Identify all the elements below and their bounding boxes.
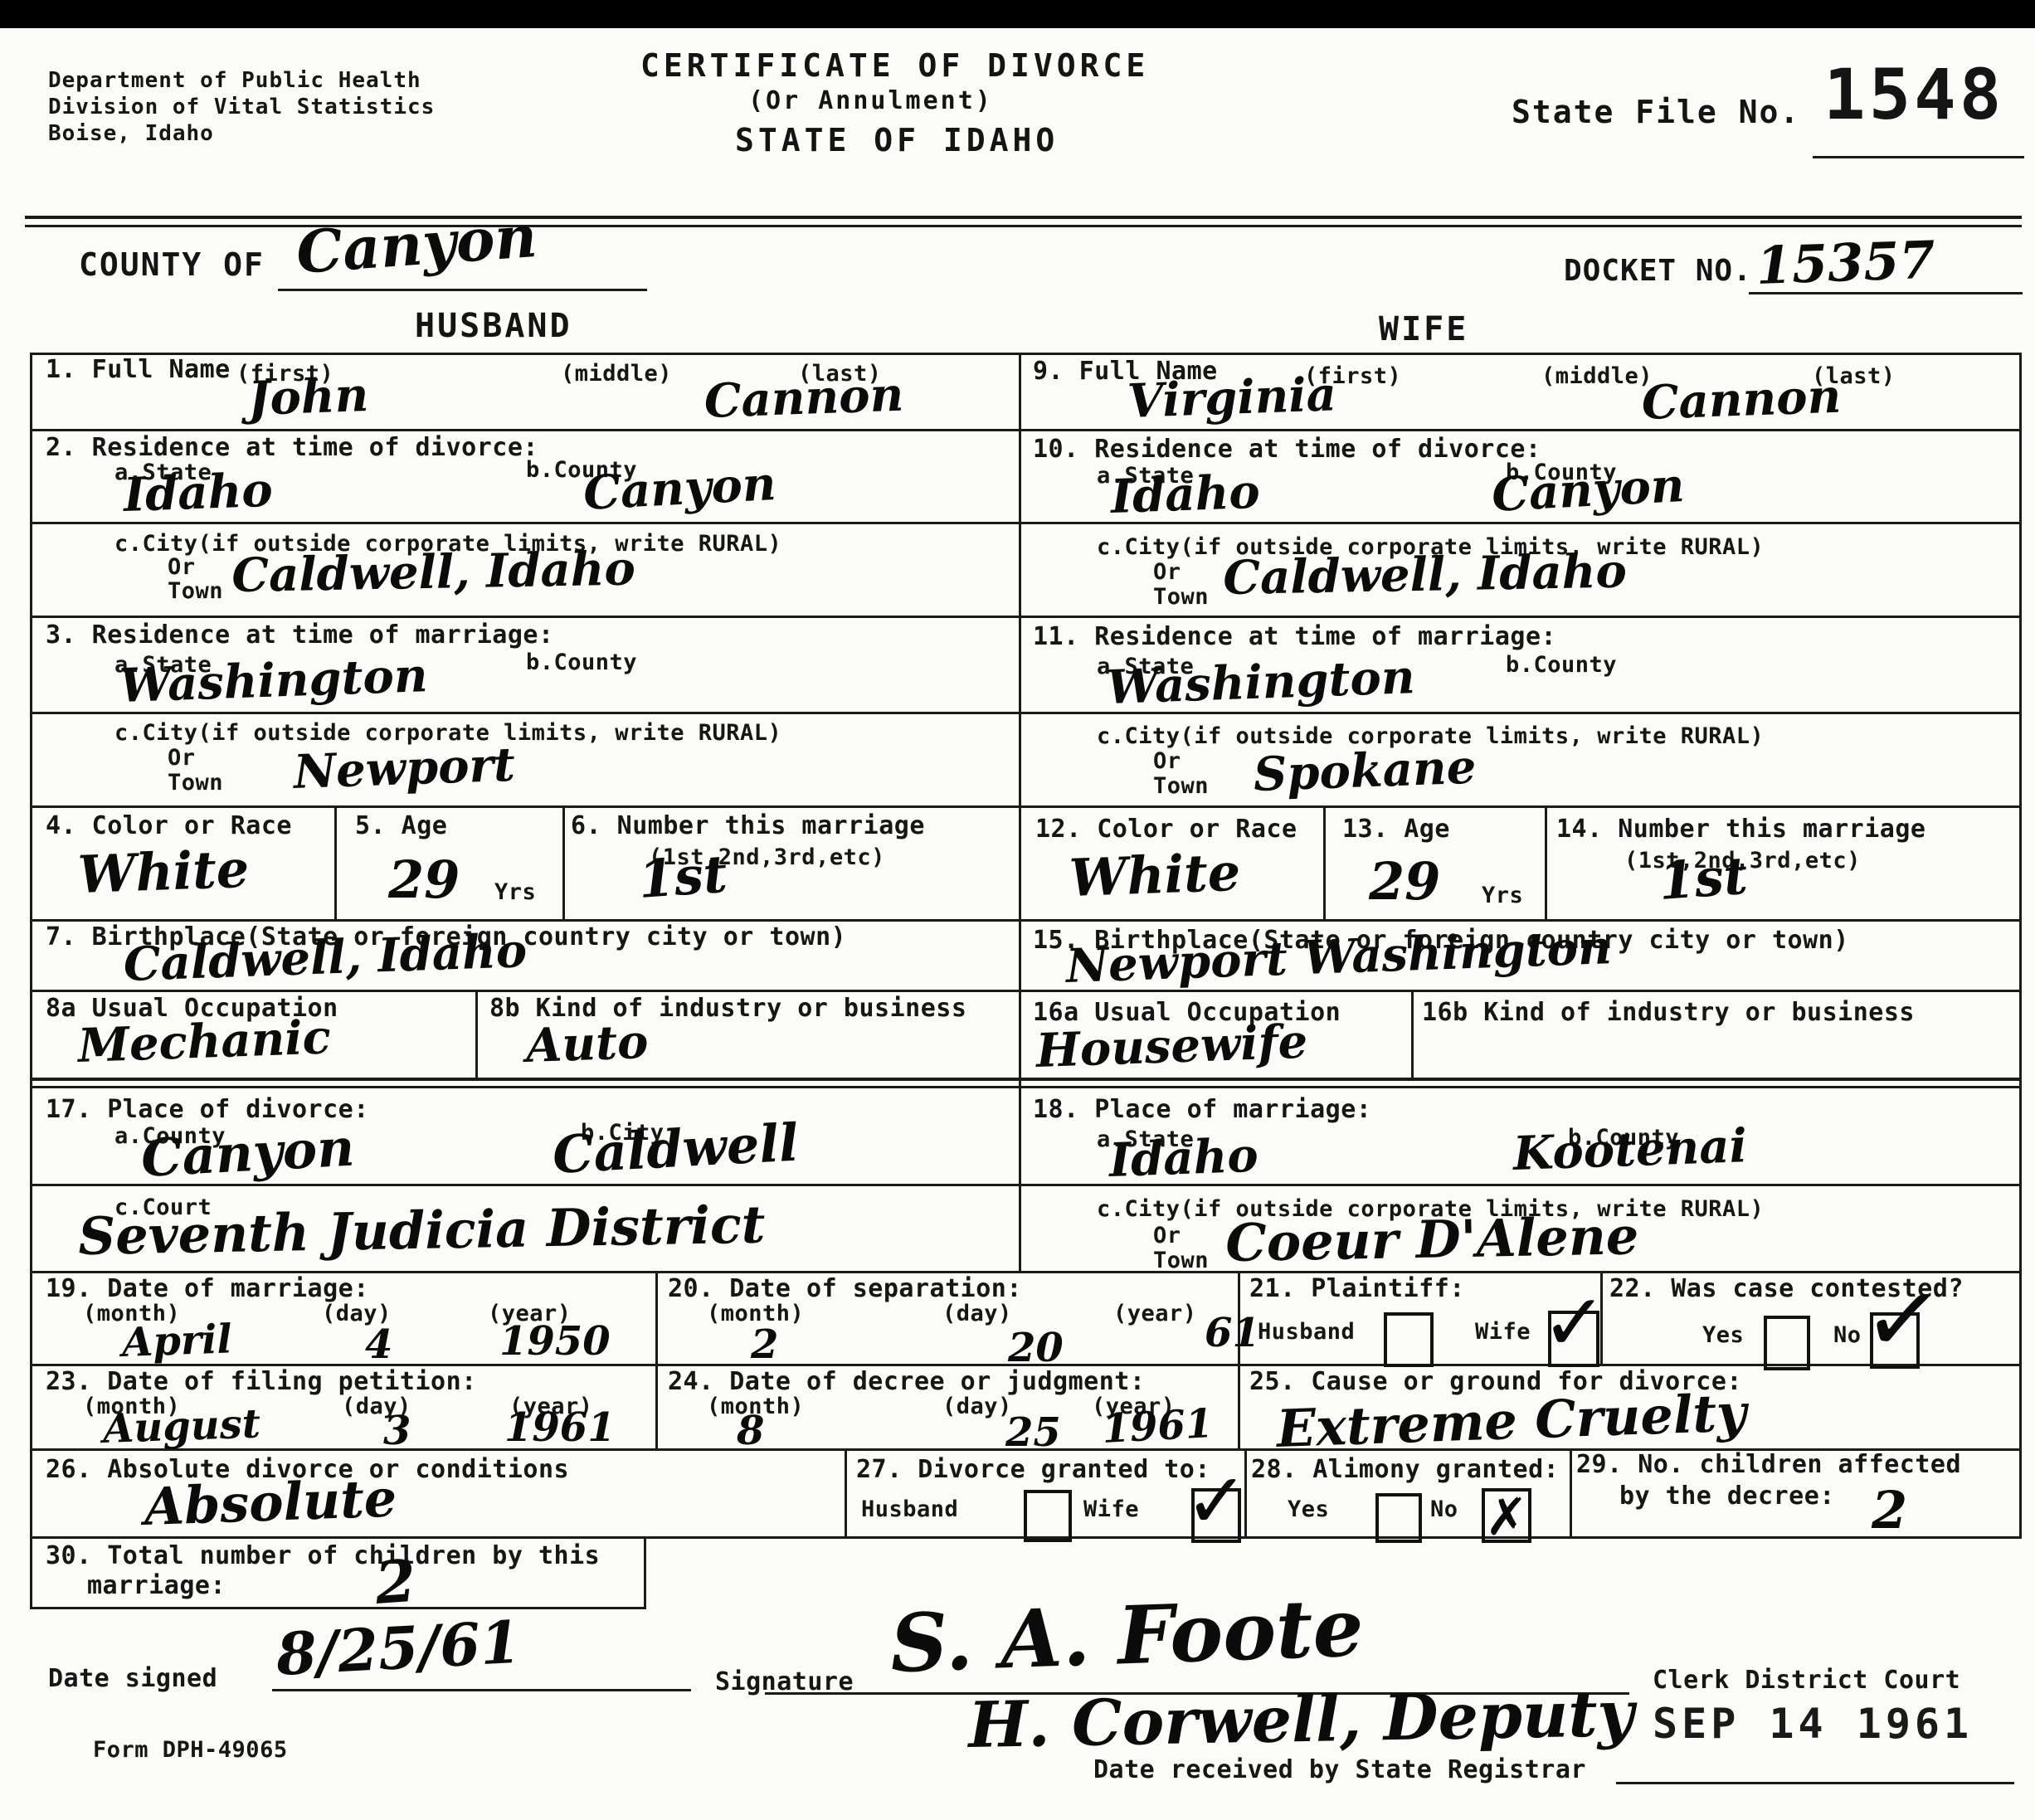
alimony-no-crossmark: ✗	[1485, 1487, 1528, 1547]
wife-res-divorce-label: 10. Residence at time of divorce:	[1033, 436, 1541, 463]
place-marriage-town-caption: Town	[1153, 1249, 1209, 1273]
form-divider	[334, 805, 337, 919]
contested-yes-checkbox	[1764, 1316, 1810, 1370]
clerk-title: Clerk District Court	[1653, 1667, 1960, 1694]
form-number: Form DPH-49065	[93, 1739, 288, 1762]
date-received-label: Date received by State Registrar	[1093, 1757, 1586, 1784]
granted-wife-checkmark: ✓	[1185, 1457, 1249, 1545]
received-date-stamp: SEP 14 1961	[1653, 1702, 1973, 1746]
state-file-number: 1548	[1823, 58, 2004, 131]
date-separation-label: 20. Date of separation:	[668, 1276, 1022, 1302]
state-file-label: State File No.	[1512, 96, 1800, 129]
granted-husband-caption: Husband	[861, 1498, 958, 1521]
wife-marriage-number-value: 1st	[1657, 849, 1749, 908]
dept-line-2: Division of Vital Statistics	[48, 96, 435, 119]
children-affected-value: 2	[1872, 1483, 1907, 1537]
form-rule	[30, 1607, 646, 1609]
place-divorce-city-value: Caldwell	[552, 1116, 800, 1183]
place-divorce-county-value: Canyon	[140, 1121, 356, 1185]
husband-res-divorce-state-value: Idaho	[123, 466, 274, 520]
wife-res-marriage-or-caption: Or	[1153, 750, 1181, 773]
dept-line-3: Boise, Idaho	[48, 123, 214, 145]
form-divider	[475, 990, 478, 1081]
wife-marriage-number-label: 14. Number this marriage	[1556, 816, 1925, 843]
signature-label: Signature	[715, 1669, 854, 1696]
wife-res-marriage-label: 11. Residence at time of marriage:	[1033, 624, 1556, 650]
children-total-label-2: marriage:	[87, 1573, 226, 1599]
wife-column-header: WIFE	[1379, 312, 1468, 347]
form-divider	[1545, 805, 1547, 919]
form-divider	[1411, 990, 1414, 1081]
granted-to-label: 27. Divorce granted to:	[856, 1457, 1210, 1483]
place-marriage-or-caption: Or	[1153, 1224, 1181, 1248]
place-marriage-county-value: Kootenai	[1512, 1122, 1748, 1179]
husband-res-marriage-county-caption: b.County	[526, 651, 637, 674]
clerk-signature: S. A. Foote	[888, 1586, 1365, 1686]
husband-age-yrs-caption: Yrs	[494, 881, 536, 904]
husband-marriage-number-value: 1st	[636, 847, 728, 907]
alimony-yes-checkbox	[1375, 1493, 1422, 1543]
husband-occupation-value: Mechanic	[77, 1013, 332, 1070]
husband-race-label: 4. Color or Race	[46, 813, 292, 839]
date-separation-day-value: 20	[1008, 1327, 1064, 1369]
husband-res-marriage-city-value: Newport	[293, 741, 516, 797]
date-signed-label: Date signed	[48, 1666, 217, 1692]
wife-res-divorce-city-value: Caldwell, Idaho	[1223, 547, 1627, 603]
date-decree-year-value: 1961	[1101, 1403, 1214, 1450]
granted-wife-caption: Wife	[1083, 1498, 1139, 1521]
form-divider	[655, 1364, 658, 1448]
scan-edge-top	[0, 0, 2035, 28]
form-divider	[30, 353, 32, 1609]
form-divider	[2019, 353, 2022, 1536]
date-marriage-month-value: April	[121, 1318, 232, 1364]
husband-res-divorce-county-value: Canyon	[582, 460, 777, 518]
husband-fullname-label: 1. Full Name	[46, 357, 231, 383]
date-filing-day-value: 3	[383, 1410, 411, 1452]
children-affected-label-2: by the decree:	[1619, 1483, 1835, 1510]
husband-race-value: White	[77, 842, 250, 902]
wife-res-divorce-town-caption: Town	[1153, 586, 1209, 609]
wife-age-label: 13. Age	[1342, 816, 1450, 843]
wife-res-marriage-town-caption: Town	[1153, 775, 1209, 798]
page-subtitle: (Or Annulment)	[748, 88, 993, 114]
deputy-signature: H. Corwell, Deputy	[968, 1681, 1635, 1759]
form-divider	[1323, 805, 1326, 919]
husband-middle-caption: (middle)	[561, 363, 672, 386]
wife-age-value: 29	[1369, 854, 1440, 908]
form-rule	[30, 616, 2022, 618]
form-divider	[845, 1448, 847, 1536]
form-rule	[1813, 156, 2024, 158]
form-divider	[1238, 1364, 1240, 1448]
wife-industry-label: 16b Kind of industry or business	[1422, 1000, 1915, 1026]
wife-res-marriage-state-value: Washington	[1106, 653, 1415, 713]
children-affected-label-1: 29. No. children affected	[1576, 1452, 1961, 1478]
plaintiff-wife-caption: Wife	[1475, 1321, 1531, 1344]
date-marriage-label: 19. Date of marriage:	[46, 1276, 369, 1302]
form-rule	[30, 353, 2022, 355]
husband-res-divorce-town-caption: Town	[168, 580, 223, 603]
plaintiff-husband-checkbox	[1384, 1312, 1434, 1367]
husband-age-label: 5. Age	[355, 813, 447, 839]
plaintiff-husband-caption: Husband	[1258, 1321, 1355, 1344]
date-decree-day-caption: (day)	[942, 1395, 1012, 1419]
form-rule	[30, 712, 2022, 714]
form-rule	[30, 1078, 2022, 1081]
form-rule	[30, 805, 2022, 808]
wife-res-marriage-county-caption: b.County	[1506, 654, 1617, 677]
husband-res-marriage-or-caption: Or	[168, 747, 196, 770]
place-marriage-city-value: Coeur D'Alene	[1225, 1209, 1639, 1270]
form-rule	[30, 919, 2022, 922]
form-divider	[1570, 1448, 1572, 1536]
form-rule	[30, 522, 2022, 524]
husband-first-value: John	[247, 371, 369, 424]
date-separation-year-value: 61	[1205, 1312, 1260, 1354]
alimony-label: 28. Alimony granted:	[1251, 1457, 1559, 1483]
date-separation-day-caption: (day)	[942, 1302, 1012, 1326]
wife-res-divorce-county-value: Canyon	[1491, 461, 1686, 520]
form-rule	[1749, 292, 2023, 294]
children-total-label-1: 30. Total number of children by this	[46, 1543, 600, 1569]
contested-no-checkmark: ✓	[1857, 1260, 1949, 1379]
docket-label: DOCKET NO.	[1564, 255, 1752, 287]
form-rule	[1616, 1782, 2014, 1784]
wife-race-value: White	[1069, 845, 1241, 905]
alimony-yes-caption: Yes	[1288, 1498, 1329, 1521]
date-separation-year-caption: (year)	[1113, 1302, 1197, 1326]
wife-middle-caption: (middle)	[1541, 365, 1653, 388]
page-title: CERTIFICATE OF DIVORCE	[640, 50, 1149, 83]
form-rule	[272, 1689, 691, 1691]
form-divider	[562, 805, 565, 919]
husband-birthplace-value: Caldwell, Idaho	[123, 927, 528, 990]
plaintiff-wife-checkmark: ✓	[1541, 1277, 1608, 1369]
husband-industry-value: Auto	[525, 1018, 649, 1071]
form-rule	[30, 1184, 2022, 1186]
date-separation-month-value: 2	[751, 1324, 778, 1365]
date-marriage-year-value: 1950	[499, 1321, 611, 1362]
plaintiff-label: 21. Plaintiff:	[1249, 1276, 1465, 1302]
dept-line-1: Department of Public Health	[48, 70, 421, 92]
husband-age-value: 29	[388, 853, 460, 907]
husband-last-value: Cannon	[703, 371, 904, 426]
date-marriage-day-value: 4	[365, 1324, 392, 1365]
granted-husband-checkbox	[1024, 1490, 1072, 1542]
date-filing-month-value: August	[102, 1403, 260, 1450]
date-decree-month-value: 8	[737, 1410, 764, 1452]
place-marriage-label: 18. Place of marriage:	[1033, 1097, 1371, 1123]
date-decree-label: 24. Date of decree or judgment:	[668, 1369, 1145, 1395]
children-total-value: 2	[373, 1550, 418, 1614]
husband-res-marriage-state-value: Washington	[119, 651, 428, 711]
wife-res-divorce-state-value: Idaho	[1110, 468, 1261, 522]
husband-marriage-number-label: 6. Number this marriage	[571, 813, 925, 839]
husband-column-header: HUSBAND	[415, 309, 572, 343]
contested-no-caption: No	[1833, 1324, 1862, 1347]
husband-res-divorce-or-caption: Or	[168, 556, 196, 579]
form-rule	[30, 429, 2022, 431]
alimony-no-caption: No	[1430, 1498, 1458, 1521]
place-divorce-court-value: Seventh Judicia District	[78, 1198, 766, 1264]
state-title: STATE OF IDAHO	[735, 124, 1059, 158]
form-rule	[30, 990, 2022, 992]
docket-value: 15357	[1755, 233, 1936, 294]
wife-res-marriage-city-value: Spokane	[1253, 743, 1477, 800]
wife-first-value: Virginia	[1127, 370, 1337, 426]
wife-age-yrs-caption: Yrs	[1482, 884, 1523, 908]
county-of-label: COUNTY OF	[79, 249, 265, 282]
county-value: Canyon	[295, 206, 539, 284]
date-signed-value: 8/25/61	[275, 1612, 522, 1686]
cause-value: Extreme Cruelty	[1276, 1385, 1747, 1456]
husband-res-divorce-city-value: Caldwell, Idaho	[231, 545, 635, 601]
date-filing-label: 23. Date of filing petition:	[46, 1369, 477, 1395]
husband-res-divorce-label: 2. Residence at time of divorce:	[46, 435, 538, 461]
husband-res-marriage-town-caption: Town	[168, 771, 223, 795]
form-rule	[30, 1086, 2022, 1088]
wife-occupation-value: Housewife	[1035, 1018, 1308, 1076]
wife-race-label: 12. Color or Race	[1035, 816, 1297, 843]
husband-res-marriage-label: 3. Residence at time of marriage:	[46, 622, 554, 649]
form-rule	[30, 1271, 2022, 1273]
wife-res-divorce-or-caption: Or	[1153, 561, 1181, 584]
date-decree-day-value: 25	[1005, 1412, 1061, 1453]
date-filing-year-value: 1961	[504, 1407, 616, 1448]
form-divider	[1019, 353, 1021, 1271]
contested-yes-caption: Yes	[1702, 1324, 1744, 1347]
place-marriage-state-value: Idaho	[1108, 1131, 1259, 1185]
certificate-page: Department of Public Health Division of …	[0, 0, 2035, 1820]
form-divider	[644, 1536, 646, 1607]
wife-last-value: Cannon	[1641, 372, 1842, 428]
form-divider	[655, 1271, 658, 1364]
form-rule	[278, 289, 647, 291]
absolute-value: Absolute	[144, 1471, 398, 1534]
